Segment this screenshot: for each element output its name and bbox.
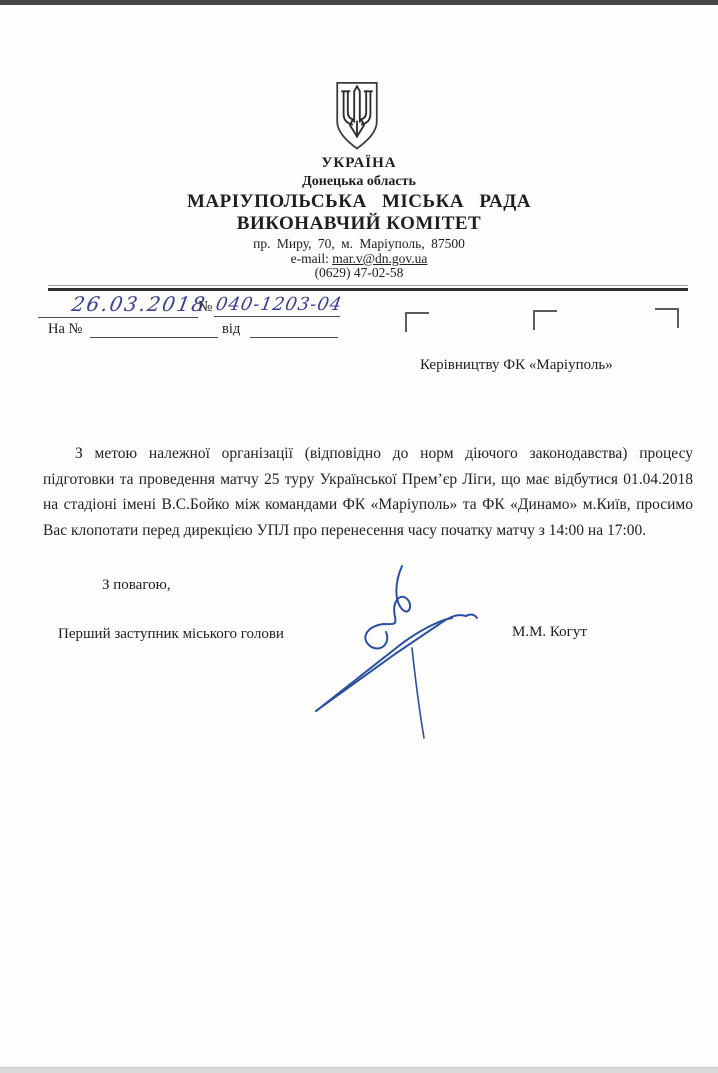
ukraine-trident-emblem-icon <box>333 80 381 152</box>
address-corner-mark-right <box>655 308 679 328</box>
number-sign: № <box>198 299 212 316</box>
signer-title: Перший заступник міського голови <box>58 626 284 643</box>
letterhead-phone: (0629) 47-02-58 <box>0 265 718 281</box>
signer-name: М.М. Когут <box>512 624 587 641</box>
addressee-line: Керівництву ФК «Маріуполь» <box>420 357 613 374</box>
reply-date-blank-underline <box>250 336 338 338</box>
letterhead-region: Донецька область <box>0 174 718 190</box>
letterhead-council-name: МАРІУПОЛЬСЬКА МІСЬКА РАДА <box>0 191 718 213</box>
date-underline <box>38 316 198 318</box>
address-corner-mark-middle <box>533 310 557 330</box>
email-label: e-mail: <box>291 251 333 266</box>
scan-bottom-edge <box>0 1067 718 1073</box>
letterhead-divider-rule <box>48 285 688 291</box>
address-corner-mark-left <box>405 312 429 332</box>
handwritten-signature <box>300 556 480 744</box>
closing-salutation: З повагою, <box>102 577 171 594</box>
letterhead-address: пр. Миру, 70, м. Маріуполь, 87500 <box>0 236 718 252</box>
reply-from-label: від <box>222 321 240 338</box>
letterhead-country: УКРАЇНА <box>0 155 718 172</box>
number-underline <box>214 315 340 317</box>
handwritten-date: 26.03.2018 <box>70 292 209 316</box>
letterhead-committee-name: ВИКОНАВЧИЙ КОМІТЕТ <box>0 213 718 235</box>
letter-body-paragraph: З метою належної організації (відповідно… <box>43 441 693 543</box>
handwritten-outgoing-number: 040-1203-04 <box>214 294 344 315</box>
scan-top-edge <box>0 0 718 5</box>
reply-to-number-label: На № <box>48 321 82 338</box>
email-address: mar.v@dn.gov.ua <box>332 251 427 266</box>
reply-number-blank-underline <box>90 336 218 338</box>
scanned-letter-page: УКРАЇНА Донецька область МАРІУПОЛЬСЬКА М… <box>0 0 718 1073</box>
